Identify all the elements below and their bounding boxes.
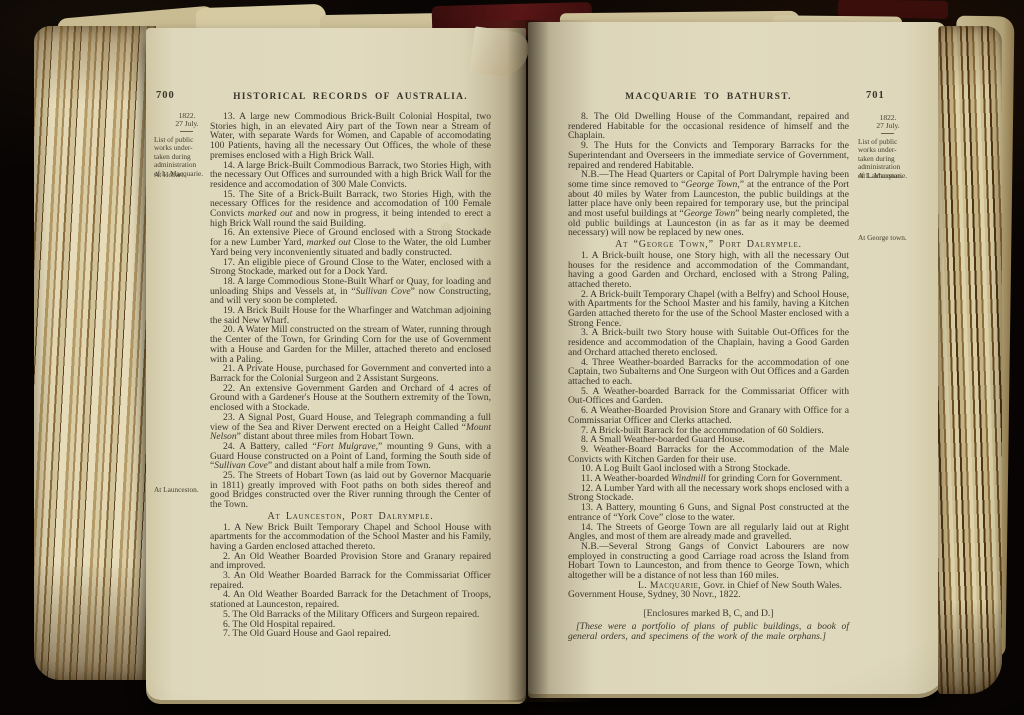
page-stack-right-edge [938, 26, 1002, 694]
editor-note: [These were a portfolio of plans of publ… [568, 622, 849, 641]
body-paragraph: 14. A large Brick-Built Commodious Barra… [210, 161, 491, 190]
margin-date-right: 1822. 27 July. [860, 114, 916, 131]
body-paragraph: 20. A Water Mill constructed on the stre… [210, 325, 491, 364]
body-paragraph: 15. The Site of a Brick-Built Barrack, t… [210, 190, 491, 229]
body-paragraph: 4. Three Weather-boarded Barracks for th… [568, 358, 849, 387]
body-paragraph: 7. The Old Guard House and Gaol repaired… [210, 629, 491, 639]
hobart-works-list: 13. A large new Commodious Brick-Built C… [210, 112, 491, 510]
section-heading-george-town: At “George Town,” Port Dalrymple. [568, 240, 849, 250]
body-paragraph: 1. A New Brick Built Temporary Chapel an… [210, 523, 491, 552]
margin-note-location: At George town. [858, 234, 922, 242]
body-paragraph: 2. A Brick-built Temporary Chapel (with … [568, 290, 849, 329]
running-header-left: HISTORICAL RECORDS OF AUSTRALIA. [210, 92, 491, 102]
body-paragraph: 5. A Weather-boarded Barrack for the Com… [568, 387, 849, 406]
margin-rule [180, 131, 193, 132]
section-heading-launceston: At Launceston, Port Dalrymple. [210, 512, 491, 522]
body-paragraph: 13. A large new Commodious Brick-Built C… [210, 112, 491, 161]
launceston-works-list-continued: 8. The Old Dwelling House of the Command… [568, 112, 849, 238]
george-town-works-list: 1. A Brick-built house, one Story high, … [568, 251, 849, 581]
body-paragraph: N.B.—The Head Quarters or Capital of Por… [568, 170, 849, 238]
enclosures-note: [Enclosures marked B, C, and D.] [568, 609, 849, 619]
body-paragraph: 3. A Brick-built two Story house with Su… [568, 328, 849, 357]
right-page-content: 701 MACQUARIE TO BATHURST. 1822. 27 July… [528, 22, 946, 694]
margin-date-left: 1822. 27 July. [158, 112, 216, 129]
body-paragraph: 4. An Old Weather Boarded Barrack for th… [210, 590, 491, 609]
body-paragraph: 18. A large Commodious Stone-Built Wharf… [210, 277, 491, 306]
left-body-column: 13. A large new Commodious Brick-Built C… [210, 112, 491, 639]
launceston-works-list: 1. A New Brick Built Temporary Chapel an… [210, 523, 491, 639]
body-paragraph: 8. The Old Dwelling House of the Command… [568, 112, 849, 141]
margin-note-location: At Launceston. [858, 172, 922, 180]
body-paragraph: 16. An extensive Piece of Ground enclose… [210, 228, 491, 257]
left-page-content: 700 HISTORICAL RECORDS OF AUSTRALIA. 182… [146, 28, 526, 700]
body-paragraph: 24. A Battery, called “Fort Mulgrave,” m… [210, 442, 491, 471]
body-paragraph: 25. The Streets of Hobart Town (as laid … [210, 471, 491, 510]
margin-note-location: At Hobart. [154, 171, 218, 179]
body-paragraph: 19. A Brick Built House for the Wharfing… [210, 306, 491, 325]
page-number-left: 700 [156, 90, 175, 101]
body-paragraph: 22. An extensive Government Garden and O… [210, 384, 491, 413]
page-stack-left-edge [34, 26, 156, 680]
body-paragraph: 2. An Old Weather Boarded Provision Stor… [210, 552, 491, 571]
body-paragraph: 3. An Old Weather Boarded Barrack for th… [210, 571, 491, 590]
body-paragraph: 21. A Private House, purchased for Gover… [210, 364, 491, 383]
page-number-right: 701 [866, 90, 885, 101]
book-photo: { "colors": { "background": "#070403", "… [0, 0, 1024, 715]
body-paragraph: 17. An eligible piece of Ground Close to… [210, 258, 491, 277]
body-paragraph: 13. A Battery, mounting 6 Guns, and Sign… [568, 503, 849, 522]
body-paragraph: 9. The Huts for the Convicts and Tempora… [568, 141, 849, 170]
body-paragraph: 6. A Weather-Boarded Provision Store and… [568, 406, 849, 425]
body-paragraph: 23. A Signal Post, Guard House, and Tele… [210, 413, 491, 442]
body-paragraph: N.B.—Several Strong Gangs of Convict Lab… [568, 542, 849, 581]
body-paragraph: 12. A Lumber Yard with all the necessary… [568, 484, 849, 503]
body-paragraph: 1. A Brick-built house, one Story high, … [568, 251, 849, 290]
signature-place-line: Government House, Sydney, 30 Novr., 1822… [568, 590, 849, 600]
body-paragraph: 9. Weather-Board Barracks for the Accomm… [568, 445, 849, 464]
margin-rule [881, 133, 894, 134]
margin-note-location: At Launceston. [154, 486, 218, 494]
right-body-column: 8. The Old Dwelling House of the Command… [568, 112, 849, 641]
body-paragraph: 14. The Streets of George Town are all r… [568, 523, 849, 542]
running-header-right: MACQUARIE TO BATHURST. [568, 92, 849, 102]
